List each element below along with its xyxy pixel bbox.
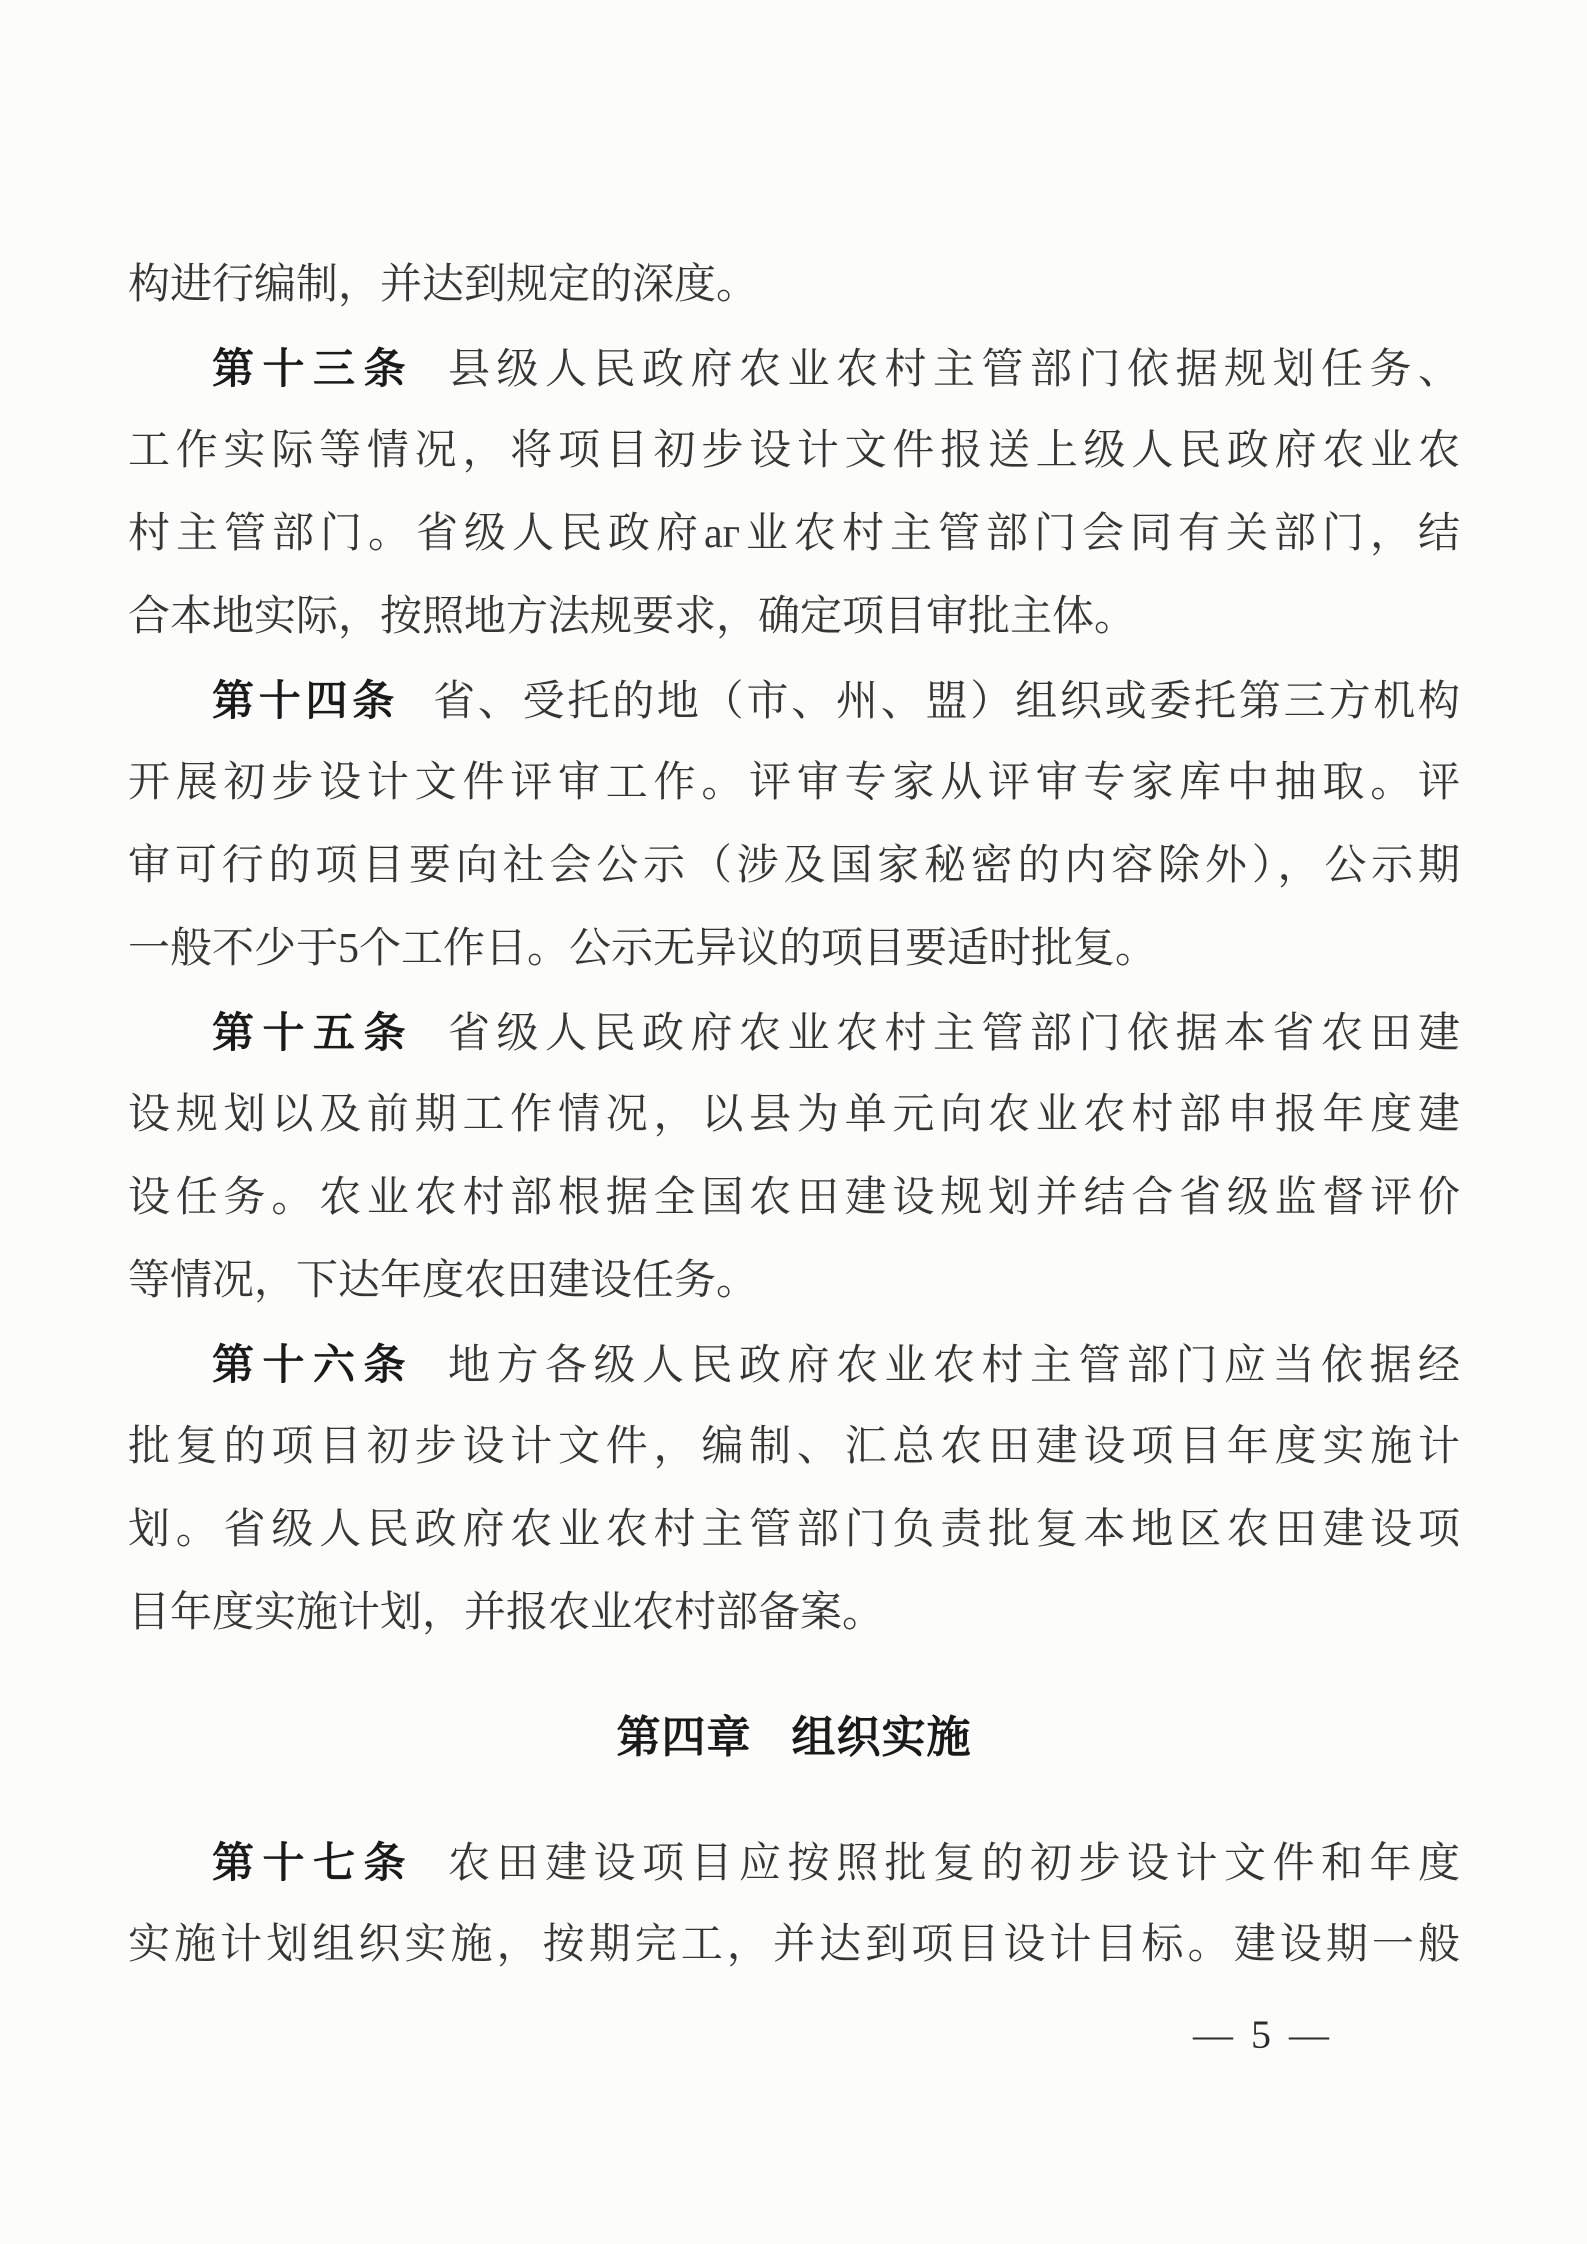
text-line: 设任务。农业农村部根据全国农田建设规划并结合省级监督评价 bbox=[128, 1157, 1460, 1240]
line-text: 审可行的项目要向社会公示（涉及国家秘密的内容除外），公示期 bbox=[128, 843, 1460, 889]
line-text: 设规划以及前期工作情况，以县为单元向农业农村部申报年度建 bbox=[128, 1092, 1460, 1138]
text-line: 实施计划组织实施，按期完工，并达到项目设计目标。建设期一般 bbox=[128, 1904, 1460, 1987]
text-line: 构进行编制，并达到规定的深度。 bbox=[128, 244, 1460, 327]
line-text: 合本地实际，按照地方法规要求，确定项目审批主体。 bbox=[128, 594, 1136, 640]
line-text: 等情况，下达年度农田建设任务。 bbox=[128, 1258, 758, 1304]
line-text: 县级人民政府农业农村主管部门依据规划任务、 bbox=[448, 347, 1460, 393]
document-body: 构进行编制，并达到规定的深度。第十三条县级人民政府农业农村主管部门依据规划任务、… bbox=[128, 244, 1460, 1987]
text-line: 第十四条省、受托的地（市、州、盟）组织或委托第三方机构 bbox=[128, 659, 1460, 742]
line-text: 目年度实施计划，并报农业农村部备案。 bbox=[128, 1590, 884, 1636]
text-line: 第十三条县级人民政府农业农村主管部门依据规划任务、 bbox=[128, 327, 1460, 410]
page-number: — 5 — bbox=[0, 1993, 1587, 2076]
line-text: 开展初步设计文件评审工作。评审专家从评审专家库中抽取。评 bbox=[128, 760, 1460, 806]
article-number-label: 第十三条 bbox=[212, 345, 414, 392]
text-line: 合本地实际，按照地方法规要求，确定项目审批主体。 bbox=[128, 576, 1460, 659]
text-line: 目年度实施计划，并报农业农村部备案。 bbox=[128, 1572, 1460, 1655]
text-line: 批复的项目初步设计文件，编制、汇总农田建设项目年度实施计 bbox=[128, 1406, 1460, 1489]
line-text: 地方各级人民政府农业农村主管部门应当依据经 bbox=[448, 1343, 1460, 1389]
article-number-label: 第十五条 bbox=[212, 1009, 414, 1056]
article-number-label: 第十六条 bbox=[212, 1341, 414, 1388]
line-text: 实施计划组织实施，按期完工，并达到项目设计目标。建设期一般 bbox=[128, 1922, 1460, 1968]
line-text: 批复的项目初步设计文件，编制、汇总农田建设项目年度实施计 bbox=[128, 1424, 1460, 1470]
line-text: 省级人民政府农业农村主管部门依据本省农田建 bbox=[448, 1011, 1460, 1057]
chapter-title: 组织实施 bbox=[792, 1713, 972, 1762]
text-line: 划。省级人民政府农业农村主管部门负责批复本地区农田建设项 bbox=[128, 1489, 1460, 1572]
line-text: 设任务。农业农村部根据全国农田建设规划并结合省级监督评价 bbox=[128, 1175, 1460, 1221]
text-line: 第十五条省级人民政府农业农村主管部门依据本省农田建 bbox=[128, 991, 1460, 1074]
chapter-heading: 第四章组织实施 bbox=[128, 1696, 1460, 1779]
text-line: 审可行的项目要向社会公示（涉及国家秘密的内容除外），公示期 bbox=[128, 825, 1460, 908]
text-line: 第十七条农田建设项目应按照批复的初步设计文件和年度 bbox=[128, 1821, 1460, 1904]
line-text: 划。省级人民政府农业农村主管部门负责批复本地区农田建设项 bbox=[128, 1507, 1460, 1553]
text-line: 等情况，下达年度农田建设任务。 bbox=[128, 1240, 1460, 1323]
text-line: 设规划以及前期工作情况，以县为单元向农业农村部申报年度建 bbox=[128, 1074, 1460, 1157]
line-text: 省、受托的地（市、州、盟）组织或委托第三方机构 bbox=[433, 679, 1460, 725]
line-text: 工作实际等情况，将项目初步设计文件报送上级人民政府农业农 bbox=[128, 428, 1460, 474]
line-text: 构进行编制，并达到规定的深度。 bbox=[128, 262, 758, 308]
document-page: 构进行编制，并达到规定的深度。第十三条县级人民政府农业农村主管部门依据规划任务、… bbox=[0, 0, 1587, 2244]
line-text: 村主管部门。省级人民政府аг业农村主管部门会同有关部门，结 bbox=[128, 511, 1460, 557]
text-line: 工作实际等情况，将项目初步设计文件报送上级人民政府农业农 bbox=[128, 410, 1460, 493]
article-number-label: 第十七条 bbox=[212, 1839, 414, 1886]
line-text: 农田建设项目应按照批复的初步设计文件和年度 bbox=[448, 1841, 1460, 1887]
text-line: 开展初步设计文件评审工作。评审专家从评审专家库中抽取。评 bbox=[128, 742, 1460, 825]
article-number-label: 第十四条 bbox=[212, 677, 399, 724]
text-line: 村主管部门。省级人民政府аг业农村主管部门会同有关部门，结 bbox=[128, 493, 1460, 576]
chapter-number: 第四章 bbox=[617, 1713, 752, 1762]
text-line: 一般不少于5个工作日。公示无异议的项目要适时批复。 bbox=[128, 908, 1460, 991]
line-text: 一般不少于5个工作日。公示无异议的项目要适时批复。 bbox=[128, 926, 1157, 972]
text-line: 第十六条地方各级人民政府农业农村主管部门应当依据经 bbox=[128, 1323, 1460, 1406]
